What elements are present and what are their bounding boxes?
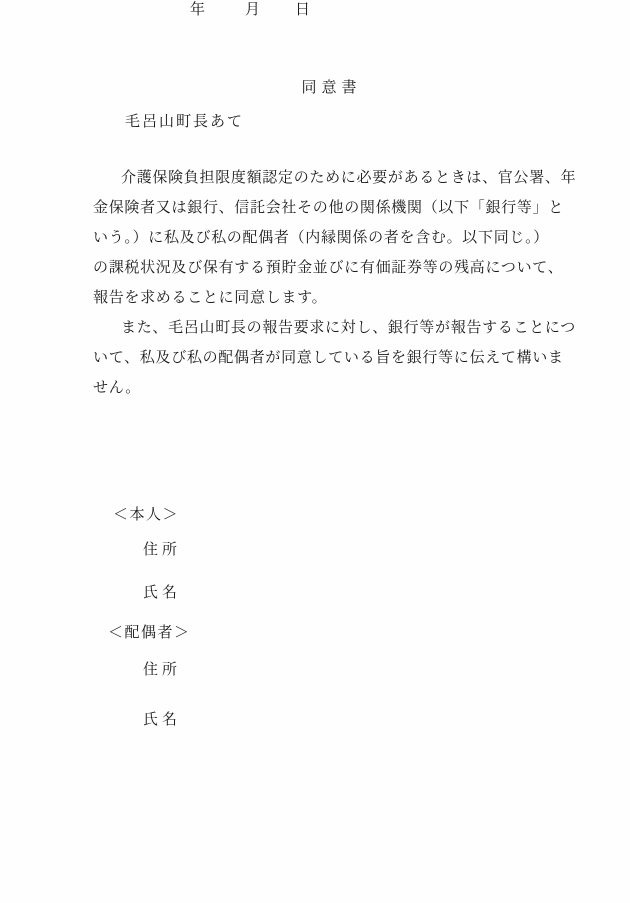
addressee-line: 毛呂山町長あて — [125, 112, 244, 131]
date-year-label: 年 — [190, 0, 205, 19]
body-line-6: また、毛呂山町長の報告要求に対し、銀行等が報告することにつ — [93, 318, 570, 337]
section-heading-honnin: ＜本人＞ — [113, 505, 179, 524]
haigusha-address-label: 住所 — [143, 660, 181, 679]
document-title: 同意書 — [93, 78, 570, 97]
date-day-label: 日 — [295, 0, 310, 19]
date-line: 年 月 日 — [0, 0, 630, 19]
honnin-address-label: 住所 — [143, 540, 181, 559]
body-line-5: 報告を求めることに同意します。 — [93, 288, 570, 307]
body-line-7: いて、私及び私の配偶者が同意している旨を銀行等に伝えて構いま — [93, 348, 570, 367]
body-line-4: の課税状況及び保有する預貯金並びに有価証券等の残高について、 — [93, 258, 570, 277]
honnin-name-label: 氏名 — [143, 583, 181, 602]
section-heading-haigusha: ＜配偶者＞ — [108, 623, 191, 642]
body-line-2: 金保険者又は銀行、信託会社その他の関係機関（以下「銀行等」と — [93, 198, 570, 217]
consent-document-page: 同意書 毛呂山町長あて 介護保険負担限度額認定のために必要があるときは、官公署、… — [0, 0, 630, 903]
body-line-8: せん。 — [93, 378, 570, 397]
body-line-3: いう。）に私及び私の配偶者（内縁関係の者を含む。以下同じ。） — [93, 228, 570, 247]
body-line-1: 介護保険負担限度額認定のために必要があるときは、官公署、年 — [93, 168, 570, 187]
date-month-label: 月 — [245, 0, 260, 19]
haigusha-name-label: 氏名 — [143, 710, 181, 729]
